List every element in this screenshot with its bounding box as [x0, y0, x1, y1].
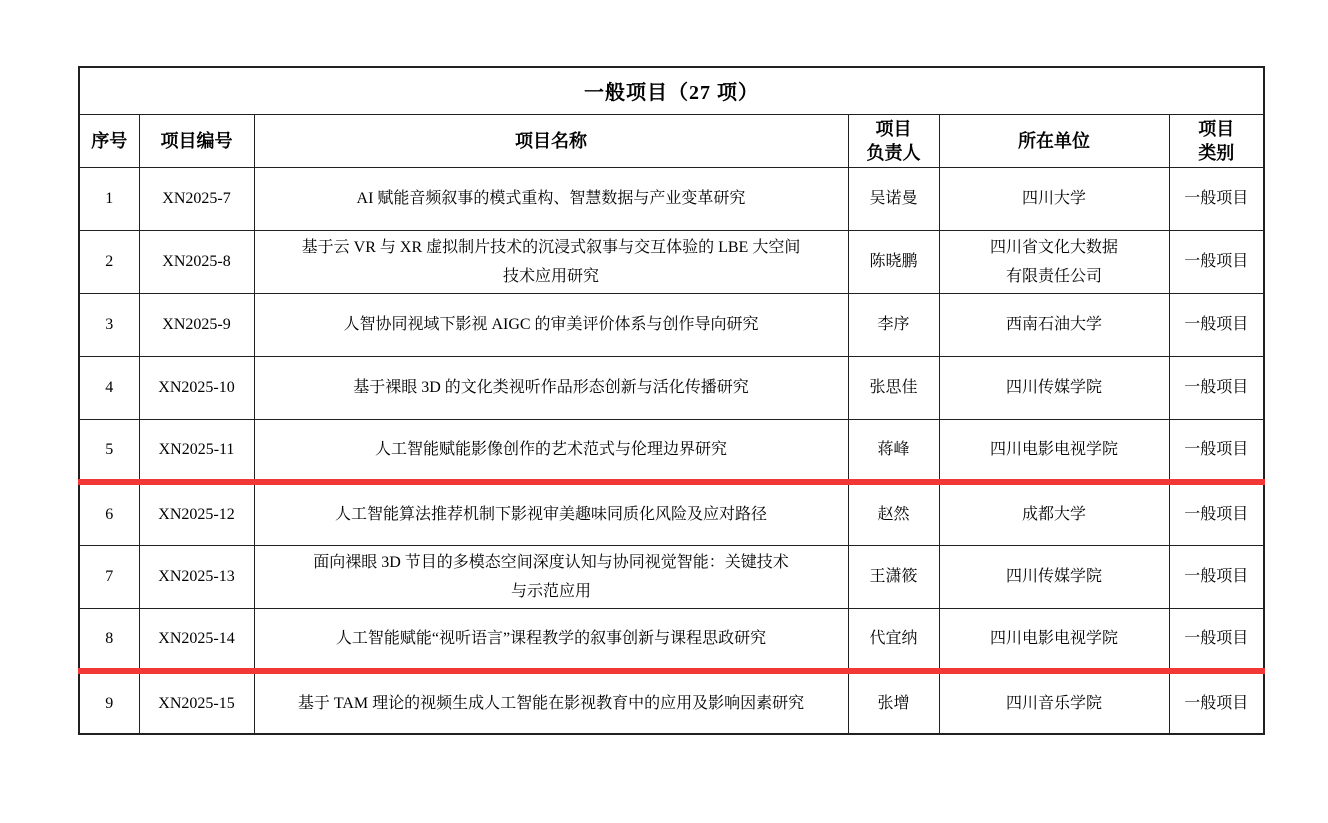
project-code-cell: XN2025-15	[139, 671, 254, 734]
project-category-cell: 一般项目	[1169, 482, 1264, 545]
row-number-cell: 9	[79, 671, 139, 734]
project-category-cell: 一般项目	[1169, 545, 1264, 608]
project-unit-cell: 四川电影电视学院	[939, 419, 1169, 482]
project-code-cell: XN2025-11	[139, 419, 254, 482]
project-title-cell: 人工智能赋能影像创作的艺术范式与伦理边界研究	[254, 419, 848, 482]
project-title-cell: 基于云 VR 与 XR 虚拟制片技术的沉浸式叙事与交互体验的 LBE 大空间 技…	[254, 230, 848, 293]
table-row: 4 XN2025-10 基于裸眼 3D 的文化类视听作品形态创新与活化传播研究 …	[79, 356, 1264, 419]
table-row: 7 XN2025-13 面向裸眼 3D 节目的多模态空间深度认知与协同视觉智能：…	[79, 545, 1264, 608]
table-header-row: 序号 项目编号 项目名称 项目 负责人 所在单位 项目 类别	[79, 114, 1264, 167]
project-unit-cell: 四川音乐学院	[939, 671, 1169, 734]
project-leader-cell: 张思佳	[848, 356, 939, 419]
project-category-cell: 一般项目	[1169, 608, 1264, 671]
project-leader-cell: 张增	[848, 671, 939, 734]
row-number-cell: 1	[79, 167, 139, 230]
project-category-cell: 一般项目	[1169, 671, 1264, 734]
row-number-cell: 4	[79, 356, 139, 419]
column-header-unit: 所在单位	[939, 114, 1169, 167]
row-number-cell: 7	[79, 545, 139, 608]
project-leader-cell: 李序	[848, 293, 939, 356]
row-number-cell: 8	[79, 608, 139, 671]
project-category-cell: 一般项目	[1169, 419, 1264, 482]
column-header-code: 项目编号	[139, 114, 254, 167]
project-category-cell: 一般项目	[1169, 293, 1264, 356]
row-number-cell: 3	[79, 293, 139, 356]
column-header-leader: 项目 负责人	[848, 114, 939, 167]
projects-table-container: 一般项目（27 项） 序号 项目编号 项目名称 项目 负责人 所在单位 项目 类…	[78, 66, 1265, 735]
table-row: 5 XN2025-11 人工智能赋能影像创作的艺术范式与伦理边界研究 蒋峰 四川…	[79, 419, 1264, 482]
project-unit-cell: 四川大学	[939, 167, 1169, 230]
project-code-cell: XN2025-14	[139, 608, 254, 671]
row-number-cell: 6	[79, 482, 139, 545]
project-unit-cell: 成都大学	[939, 482, 1169, 545]
project-leader-cell: 吴诺曼	[848, 167, 939, 230]
table-row: 1 XN2025-7 AI 赋能音频叙事的模式重构、智慧数据与产业变革研究 吴诺…	[79, 167, 1264, 230]
project-category-cell: 一般项目	[1169, 356, 1264, 419]
column-header-title: 项目名称	[254, 114, 848, 167]
project-title-cell: AI 赋能音频叙事的模式重构、智慧数据与产业变革研究	[254, 167, 848, 230]
project-code-cell: XN2025-7	[139, 167, 254, 230]
project-title-cell: 基于裸眼 3D 的文化类视听作品形态创新与活化传播研究	[254, 356, 848, 419]
table-row: 2 XN2025-8 基于云 VR 与 XR 虚拟制片技术的沉浸式叙事与交互体验…	[79, 230, 1264, 293]
project-title-cell: 基于 TAM 理论的视频生成人工智能在影视教育中的应用及影响因素研究	[254, 671, 848, 734]
row-number-cell: 2	[79, 230, 139, 293]
project-title-cell: 人智协同视域下影视 AIGC 的审美评价体系与创作导向研究	[254, 293, 848, 356]
project-category-cell: 一般项目	[1169, 167, 1264, 230]
table-title-row: 一般项目（27 项）	[79, 67, 1264, 114]
project-code-cell: XN2025-12	[139, 482, 254, 545]
project-title-cell: 人工智能算法推荐机制下影视审美趣味同质化风险及应对路径	[254, 482, 848, 545]
project-leader-cell: 蒋峰	[848, 419, 939, 482]
column-header-no: 序号	[79, 114, 139, 167]
project-code-cell: XN2025-13	[139, 545, 254, 608]
project-leader-cell: 王潇筱	[848, 545, 939, 608]
project-leader-cell: 赵然	[848, 482, 939, 545]
table-row: 3 XN2025-9 人智协同视域下影视 AIGC 的审美评价体系与创作导向研究…	[79, 293, 1264, 356]
project-unit-cell: 四川传媒学院	[939, 356, 1169, 419]
table-row: 8 XN2025-14 人工智能赋能“视听语言”课程教学的叙事创新与课程思政研究…	[79, 608, 1264, 671]
project-code-cell: XN2025-9	[139, 293, 254, 356]
project-title-cell: 人工智能赋能“视听语言”课程教学的叙事创新与课程思政研究	[254, 608, 848, 671]
row-number-cell: 5	[79, 419, 139, 482]
column-header-category: 项目 类别	[1169, 114, 1264, 167]
project-unit-cell: 四川省文化大数据 有限责任公司	[939, 230, 1169, 293]
project-leader-cell: 代宜纳	[848, 608, 939, 671]
project-title-cell: 面向裸眼 3D 节目的多模态空间深度认知与协同视觉智能：关键技术 与示范应用	[254, 545, 848, 608]
project-unit-cell: 四川电影电视学院	[939, 608, 1169, 671]
project-leader-cell: 陈晓鹏	[848, 230, 939, 293]
table-title: 一般项目（27 项）	[79, 67, 1264, 114]
project-unit-cell: 西南石油大学	[939, 293, 1169, 356]
project-unit-cell: 四川传媒学院	[939, 545, 1169, 608]
project-category-cell: 一般项目	[1169, 230, 1264, 293]
project-code-cell: XN2025-8	[139, 230, 254, 293]
projects-table: 一般项目（27 项） 序号 项目编号 项目名称 项目 负责人 所在单位 项目 类…	[78, 66, 1265, 735]
table-row: 9 XN2025-15 基于 TAM 理论的视频生成人工智能在影视教育中的应用及…	[79, 671, 1264, 734]
table-row: 6 XN2025-12 人工智能算法推荐机制下影视审美趣味同质化风险及应对路径 …	[79, 482, 1264, 545]
table-body: 一般项目（27 项） 序号 项目编号 项目名称 项目 负责人 所在单位 项目 类…	[79, 67, 1264, 734]
project-code-cell: XN2025-10	[139, 356, 254, 419]
